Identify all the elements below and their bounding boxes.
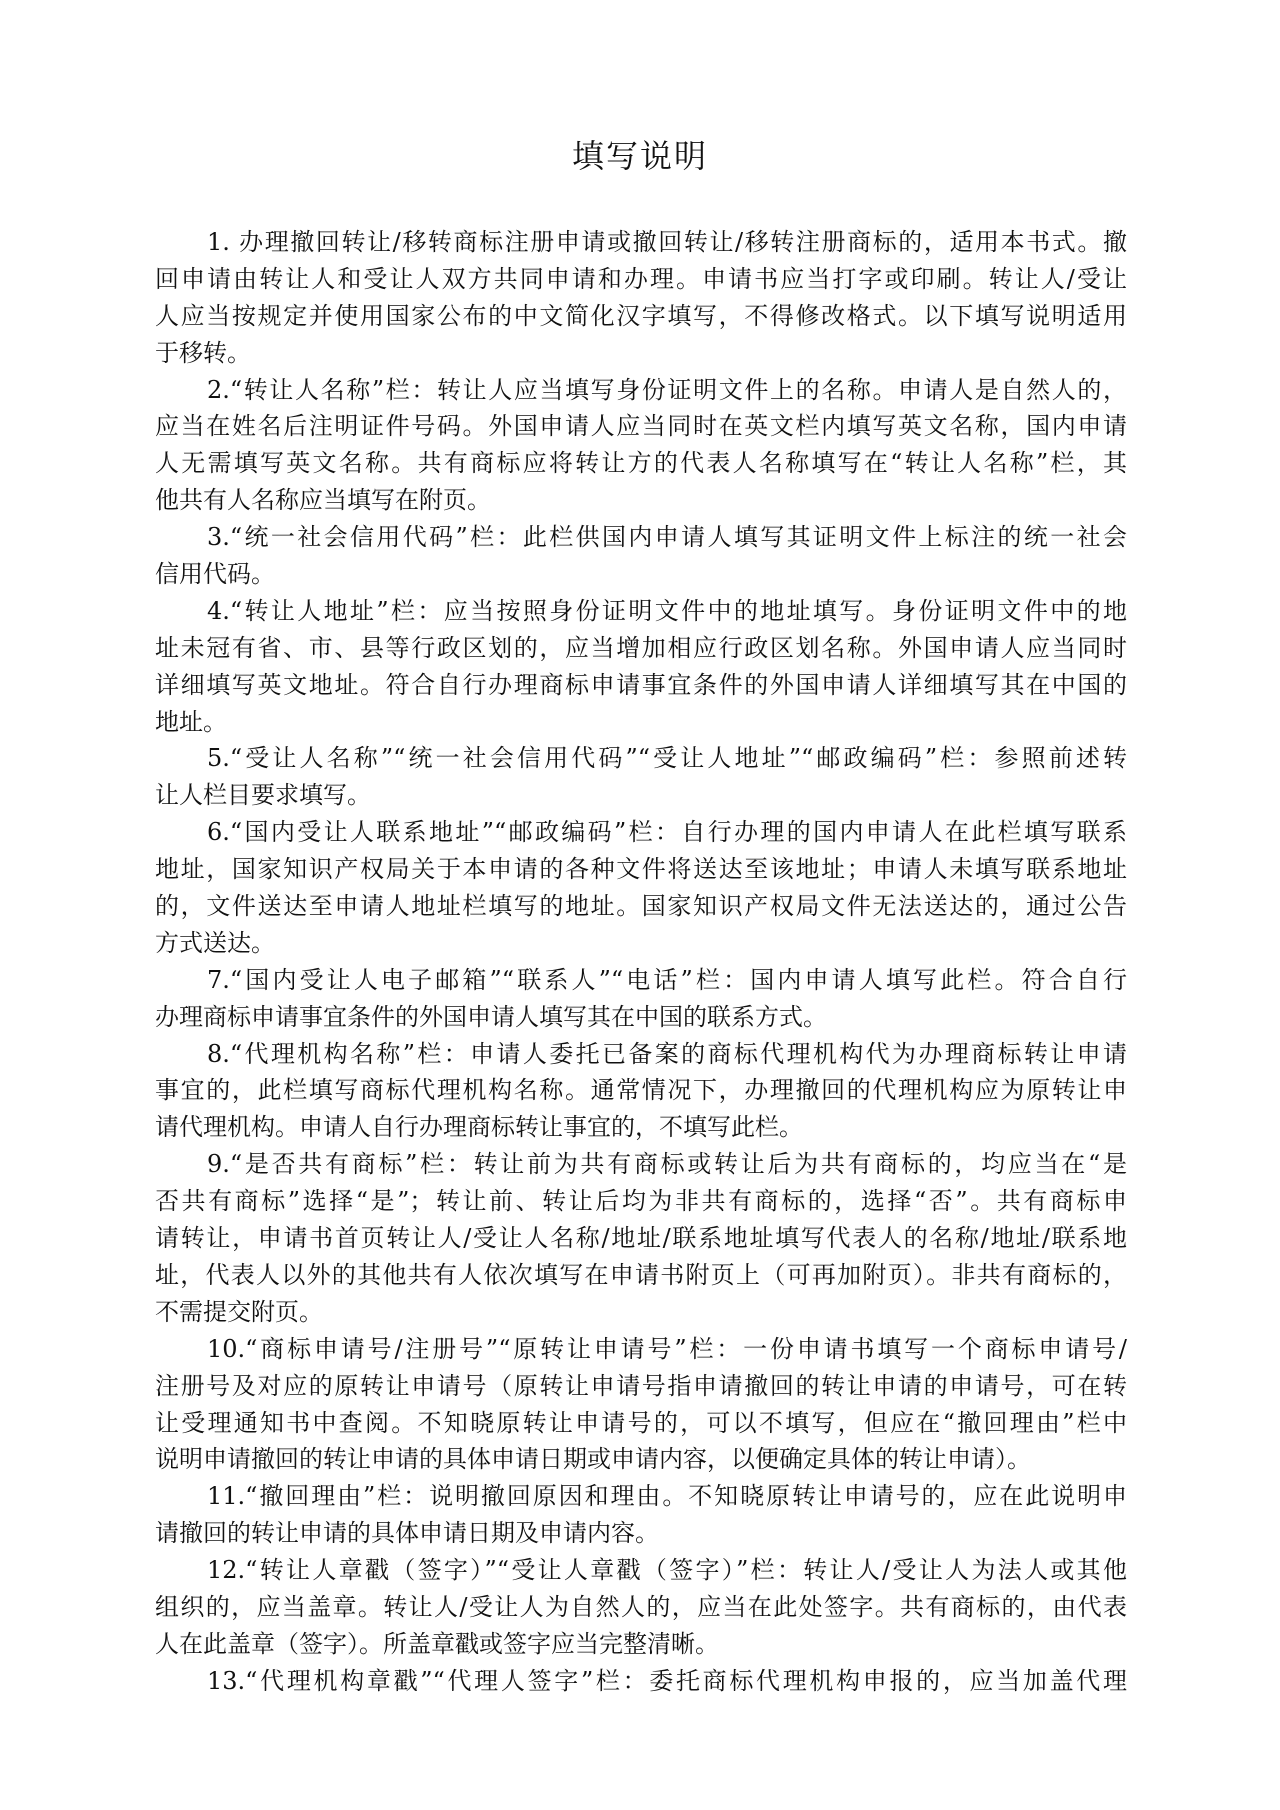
text-line: 说明申请撤回的转让申请的具体申请日期或申请内容，以便确定具体的转让申请）。 xyxy=(155,1441,1127,1478)
text-line: 方式送达。 xyxy=(155,925,1127,962)
text-line: 13.“代理机构章戳”“代理人签字”栏：委托商标代理机构申报的，应当加盖代理 xyxy=(155,1663,1127,1700)
text-line: 5.“受让人名称”“统一社会信用代码”“受让人地址”“邮政编码”栏：参照前述转 xyxy=(155,740,1127,777)
instruction-item-5: 5.“受让人名称”“统一社会信用代码”“受让人地址”“邮政编码”栏：参照前述转 … xyxy=(155,740,1127,814)
text-line: 于移转。 xyxy=(155,335,1127,372)
text-line: 地址。 xyxy=(155,704,1127,741)
text-line: 详细填写英文地址。符合自行办理商标申请事宜条件的外国申请人详细填写其在中国的 xyxy=(155,667,1127,704)
text-line: 址，代表人以外的其他共有人依次填写在申请书附页上（可再加附页）。非共有商标的， xyxy=(155,1257,1127,1294)
instruction-item-12: 12.“转让人章戳（签字）”“受让人章戳（签字）”栏：转让人/受让人为法人或其他… xyxy=(155,1552,1127,1663)
text-line: 10.“商标申请号/注册号”“原转让申请号”栏：一份申请书填写一个商标申请号/ xyxy=(155,1331,1127,1368)
text-line: 否共有商标”选择“是”；转让前、转让后均为非共有商标的，选择“否”。共有商标申 xyxy=(155,1183,1127,1220)
text-line: 请代理机构。申请人自行办理商标转让事宜的，不填写此栏。 xyxy=(155,1109,1127,1146)
instruction-item-3: 3.“统一社会信用代码”栏：此栏供国内申请人填写其证明文件上标注的统一社会 信用… xyxy=(155,519,1127,593)
text-line: 人应当按规定并使用国家公布的中文简化汉字填写，不得修改格式。以下填写说明适用 xyxy=(155,298,1127,335)
text-line: 3.“统一社会信用代码”栏：此栏供国内申请人填写其证明文件上标注的统一社会 xyxy=(155,519,1127,556)
text-line: 2.“转让人名称”栏：转让人应当填写身份证明文件上的名称。申请人是自然人的， xyxy=(155,372,1127,409)
instruction-item-11: 11.“撤回理由”栏：说明撤回原因和理由。不知晓原转让申请号的，应在此说明申 请… xyxy=(155,1478,1127,1552)
page-title: 填写说明 xyxy=(0,136,1280,176)
text-line: 6.“国内受让人联系地址”“邮政编码”栏：自行办理的国内申请人在此栏填写联系 xyxy=(155,814,1127,851)
text-line: 址未冠有省、市、县等行政区划的，应当增加相应行政区划名称。外国申请人应当同时 xyxy=(155,630,1127,667)
text-line: 让人栏目要求填写。 xyxy=(155,777,1127,814)
text-line: 让受理通知书中查阅。不知晓原转让申请号的，可以不填写，但应在“撤回理由”栏中 xyxy=(155,1405,1127,1442)
text-line: 11.“撤回理由”栏：说明撤回原因和理由。不知晓原转让申请号的，应在此说明申 xyxy=(155,1478,1127,1515)
text-line: 人无需填写英文名称。共有商标应将转让方的代表人名称填写在“转让人名称”栏，其 xyxy=(155,445,1127,482)
instruction-item-7: 7.“国内受让人电子邮箱”“联系人”“电话”栏：国内申请人填写此栏。符合自行 办… xyxy=(155,962,1127,1036)
document-page: 填写说明 1. 办理撤回转让/移转商标注册申请或撤回转让/移转注册商标的，适用本… xyxy=(0,0,1280,1810)
text-line: 回申请由转让人和受让人双方共同申请和办理。申请书应当打字或印刷。转让人/受让 xyxy=(155,261,1127,298)
instruction-item-6: 6.“国内受让人联系地址”“邮政编码”栏：自行办理的国内申请人在此栏填写联系 地… xyxy=(155,814,1127,962)
text-line: 7.“国内受让人电子邮箱”“联系人”“电话”栏：国内申请人填写此栏。符合自行 xyxy=(155,962,1127,999)
instruction-item-10: 10.“商标申请号/注册号”“原转让申请号”栏：一份申请书填写一个商标申请号/ … xyxy=(155,1331,1127,1479)
instruction-item-4: 4.“转让人地址”栏：应当按照身份证明文件中的地址填写。身份证明文件中的地 址未… xyxy=(155,593,1127,741)
text-line: 请转让，申请书首页转让人/受让人名称/地址/联系地址填写代表人的名称/地址/联系… xyxy=(155,1220,1127,1257)
text-line: 的，文件送达至申请人地址栏填写的地址。国家知识产权局文件无法送达的，通过公告 xyxy=(155,888,1127,925)
text-line: 人在此盖章（签字）。所盖章戳或签字应当完整清晰。 xyxy=(155,1626,1127,1663)
text-line: 应当在姓名后注明证件号码。外国申请人应当同时在英文栏内填写英文名称，国内申请 xyxy=(155,408,1127,445)
text-line: 9.“是否共有商标”栏：转让前为共有商标或转让后为共有商标的，均应当在“是 xyxy=(155,1146,1127,1183)
instruction-item-1: 1. 办理撤回转让/移转商标注册申请或撤回转让/移转注册商标的，适用本书式。撤 … xyxy=(155,224,1127,372)
text-line: 组织的，应当盖章。转让人/受让人为自然人的，应当在此处签字。共有商标的，由代表 xyxy=(155,1589,1127,1626)
text-line: 他共有人名称应当填写在附页。 xyxy=(155,482,1127,519)
text-line: 8.“代理机构名称”栏：申请人委托已备案的商标代理机构代为办理商标转让申请 xyxy=(155,1036,1127,1073)
instruction-item-2: 2.“转让人名称”栏：转让人应当填写身份证明文件上的名称。申请人是自然人的， 应… xyxy=(155,372,1127,520)
text-line: 1. 办理撤回转让/移转商标注册申请或撤回转让/移转注册商标的，适用本书式。撤 xyxy=(155,224,1127,261)
instruction-item-8: 8.“代理机构名称”栏：申请人委托已备案的商标代理机构代为办理商标转让申请 事宜… xyxy=(155,1036,1127,1147)
instructions-body: 1. 办理撤回转让/移转商标注册申请或撤回转让/移转注册商标的，适用本书式。撤 … xyxy=(155,224,1127,1700)
text-line: 4.“转让人地址”栏：应当按照身份证明文件中的地址填写。身份证明文件中的地 xyxy=(155,593,1127,630)
text-line: 注册号及对应的原转让申请号（原转让申请号指申请撤回的转让申请的申请号，可在转 xyxy=(155,1368,1127,1405)
text-line: 不需提交附页。 xyxy=(155,1294,1127,1331)
text-line: 信用代码。 xyxy=(155,556,1127,593)
text-line: 地址，国家知识产权局关于本申请的各种文件将送达至该地址；申请人未填写联系地址 xyxy=(155,851,1127,888)
text-line: 12.“转让人章戳（签字）”“受让人章戳（签字）”栏：转让人/受让人为法人或其他 xyxy=(155,1552,1127,1589)
text-line: 办理商标申请事宜条件的外国申请人填写其在中国的联系方式。 xyxy=(155,999,1127,1036)
instruction-item-9: 9.“是否共有商标”栏：转让前为共有商标或转让后为共有商标的，均应当在“是 否共… xyxy=(155,1146,1127,1330)
text-line: 事宜的，此栏填写商标代理机构名称。通常情况下，办理撤回的代理机构应为原转让申 xyxy=(155,1072,1127,1109)
text-line: 请撤回的转让申请的具体申请日期及申请内容。 xyxy=(155,1515,1127,1552)
instruction-item-13: 13.“代理机构章戳”“代理人签字”栏：委托商标代理机构申报的，应当加盖代理 xyxy=(155,1663,1127,1700)
